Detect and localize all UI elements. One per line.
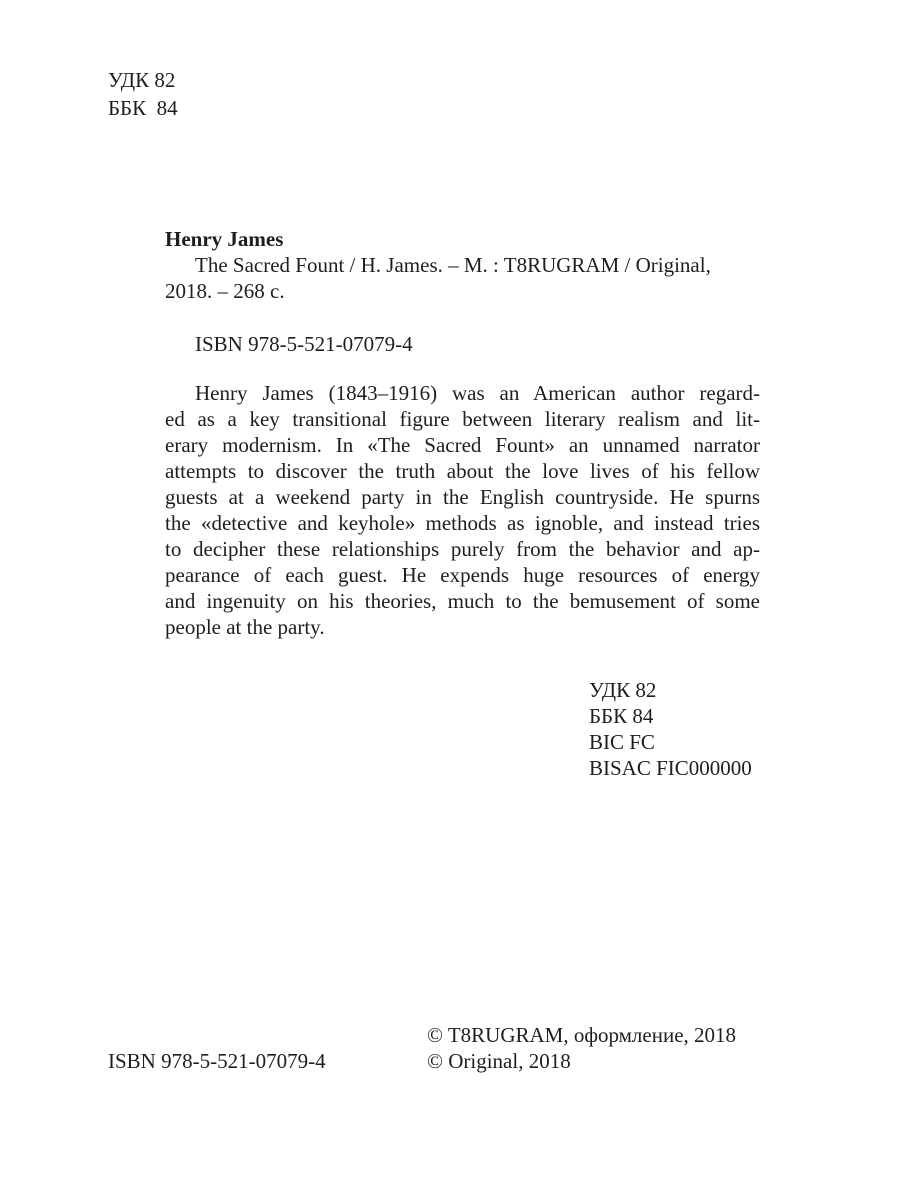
annotation-line: people at the party. [165,614,760,640]
footer-isbn: ISBN 978-5-521-07079-4 [108,1048,326,1074]
copyright-line-2: © Original, 2018 [427,1048,736,1074]
annotation-line: erary modernism. In «The Sacred Fount» a… [165,432,760,458]
udk-code: УДК 82 [108,66,178,94]
udk-code: УДК 82 [589,677,752,703]
bibliographic-line-1: The Sacred Fount / H. James. – M. : T8RU… [165,252,760,278]
annotation-paragraph: Henry James (1843–1916) was an American … [165,380,760,640]
copyright-line-1: © T8RUGRAM, оформление, 2018 [427,1022,736,1048]
isbn-number: ISBN 978-5-521-07079-4 [108,1048,326,1074]
catalog-entry: Henry James The Sacred Fount / H. James.… [165,226,760,304]
author-name: Henry James [165,226,760,252]
isbn-entry: ISBN 978-5-521-07079-4 [195,331,413,357]
annotation-line: Henry James (1843–1916) was an American … [165,380,760,406]
bbk-code: ББК 84 [108,94,178,122]
bibliographic-line-2: 2018. – 268 c. [165,278,760,304]
annotation-line: pearance of each guest. He expends huge … [165,562,760,588]
bisac-code: BISAC FIC000000 [589,755,752,781]
annotation-line: and ingenuity on his theories, much to t… [165,588,760,614]
copyright-notice: © T8RUGRAM, оформление, 2018 © Original,… [427,1022,736,1074]
isbn-number: ISBN 978-5-521-07079-4 [195,331,413,357]
annotation-line: guests at a weekend party in the English… [165,484,760,510]
bbk-code: ББК 84 [589,703,752,729]
annotation-line: attempts to discover the truth about the… [165,458,760,484]
classification-codes-top: УДК 82 ББК 84 [108,66,178,122]
classification-codes-right: УДК 82 ББК 84 BIC FC BISAC FIC000000 [589,677,752,781]
annotation-line: ed as a key transitional figure between … [165,406,760,432]
annotation-line: to decipher these relationships purely f… [165,536,760,562]
bic-code: BIC FC [589,729,752,755]
annotation-line: the «detective and keyhole» methods as i… [165,510,760,536]
